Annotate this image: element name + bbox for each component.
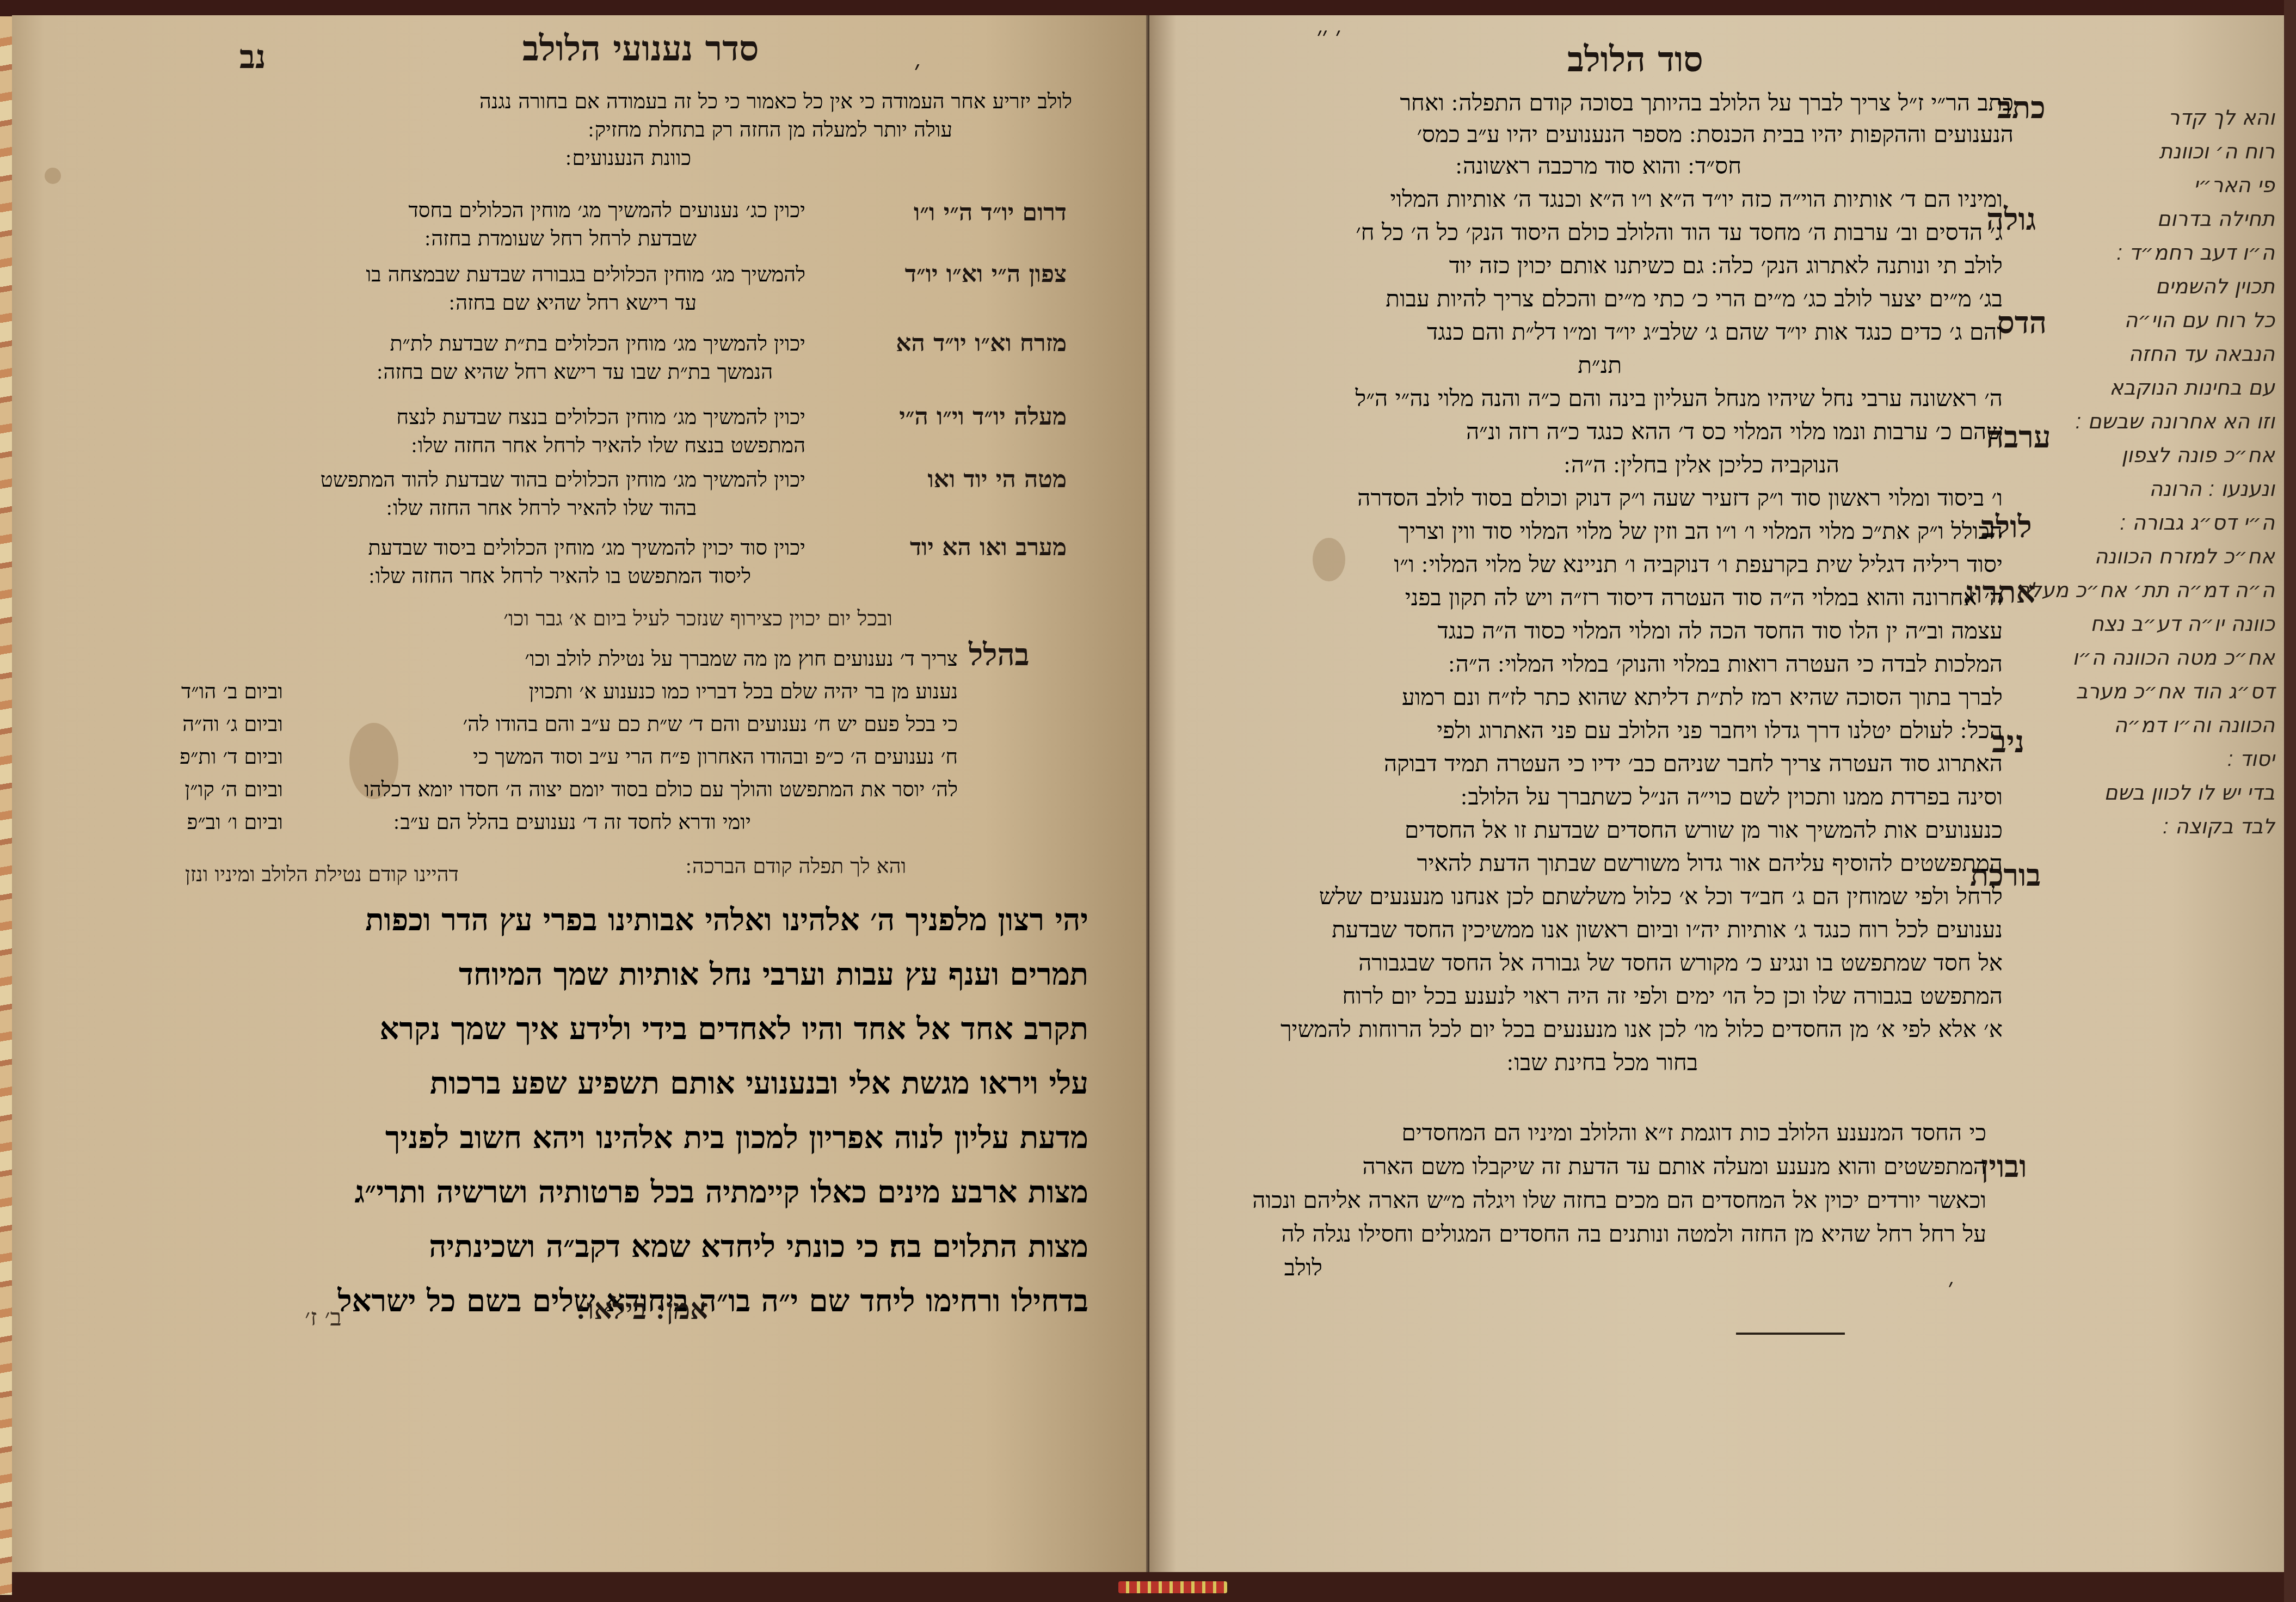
- closing-line: המתפשטים והוא מנענע ומעלה אותם עד הדעת ז…: [1181, 1150, 1986, 1183]
- note-line: כל רוח עם הוי״ה: [2068, 303, 2275, 337]
- direction-line: עד רישא רחל שהיא שם בחזה ׃: [180, 289, 805, 317]
- right-opening: כתב הר״י ז״ל צריך לברך על הלולב בהיותך ב…: [1197, 87, 2014, 182]
- hallel-line: כי בכל פעם יש ח׳ נענועים והם ד׳ ש״ת כם ע…: [239, 708, 958, 740]
- opening-line: הנענועים וההקפות יהיו בבית הכנסת ׃ מספר …: [1197, 119, 2014, 150]
- side-note: וביום ד׳ ות״פ: [163, 740, 283, 773]
- body-line: ה׳ אחרונה והוא במלוי ה״ה סוד העטרה דיסוד…: [1208, 581, 2003, 614]
- note-line: אח״כ פונה לצפון: [2068, 438, 2275, 472]
- hallel-side-notes: וביום ב׳ הו״ד וביום ג׳ וה״ה וביום ד׳ ות״…: [163, 675, 283, 838]
- body-line: יסוד ריליה דגליל שית בקרעפת ו׳ דנוקביה ו…: [1208, 548, 2003, 581]
- marbled-endpaper: [0, 16, 12, 1595]
- body-line: לרחל ולפי שמוחין הם ג׳ חב״ד וכל א׳ כלול …: [1208, 880, 2003, 913]
- margin-heading: ובוין: [1981, 1149, 2027, 1184]
- body-line: לברך בתוך הסוכה שהיא רמז לת״ת דליתא שהוא…: [1208, 680, 2003, 714]
- note-line: הכוונה וה״ו דמ״ה: [2068, 708, 2275, 742]
- body-line: המתפשטים להוסיף עליהם אור גדול משורשם שב…: [1208, 846, 2003, 880]
- prayer-line: עלי ויראו מגשת אלי ובנענועי אותם תשפיע ש…: [196, 1056, 1088, 1110]
- book-headband: [1118, 1581, 1227, 1593]
- body-line: תנ״ת: [1208, 348, 2003, 382]
- side-note: וביום ג׳ וה״ה: [163, 708, 283, 740]
- body-line: נענועים לכל רוח כנגד ג׳ אותיות יה״ו וביו…: [1208, 913, 2003, 946]
- body-line: וסינה בפרדת ממנו ותכוין לשם כוי״ה הנ״ל כ…: [1208, 780, 2003, 813]
- direction-label: דרום יו״ד ה״י ו״ו: [805, 199, 1067, 226]
- hallel-line: צריך ד׳ נענועים חוץ מן מה שמברך על נטילת…: [239, 642, 958, 675]
- hallel-heading: בהלל: [969, 637, 1030, 673]
- hallel-line: ח׳ נענועים ה׳ כ״פ ובהודו האחרון פ״ח הרי …: [239, 740, 958, 773]
- body-line: עצמה וב״ה ין הלו סוד החסד הכה לה ומלוי ה…: [1208, 614, 2003, 647]
- direction-line: ליסוד המתפשט בו להאיר לרחל אחר החזה שלו …: [180, 562, 805, 590]
- direction-label: מערב ואו הא יוד: [805, 533, 1067, 561]
- book-cover-right-edge: [2284, 0, 2296, 1602]
- prayer-intro: והא לך תפלה קודם הברכה ׃: [686, 852, 906, 880]
- direction-line: יכוין סוד יכוין להמשיך מג׳ מוחין הכלולים…: [180, 533, 805, 562]
- note-line: אח״כ מטה הכוונה ה״ו: [2068, 641, 2275, 674]
- note-line: בדי יש לו לכוון בשם: [2068, 776, 2275, 809]
- prayer-intro-cont: דהיינו קודם נטילת הלולב ומיניו ונזן: [185, 860, 459, 888]
- direction-text: להמשיך מג׳ מוחין הכלולים בגבורה שבדעת שב…: [180, 260, 805, 317]
- note-line: ונענעו ׃ הרונה: [2068, 472, 2275, 506]
- hallel-text: צריך ד׳ נענועים חוץ מן מה שמברך על נטילת…: [239, 642, 958, 838]
- opening-line: חס״ד ׃ והוא סוד מרכבה ראשונה ׃: [1197, 150, 2014, 182]
- direction-line: הנמשך בת״ת שבו עד רישא רחל שהיא שם בחזה …: [180, 358, 805, 386]
- left-top-mark: ׳: [914, 54, 920, 84]
- note-line: תכוין להשמים: [2068, 269, 2275, 303]
- direction-line: המתפשט בנצח שלו להאיר לרחל אחר החזה שלו …: [180, 431, 805, 459]
- closing-line: כי החסד המנענע הלולב כות דוגמת ז״א והלול…: [1181, 1116, 1986, 1150]
- body-line: המתפשט בגבורה שלו וכן כל הו׳ ימים ולפי ז…: [1208, 979, 2003, 1012]
- right-top-mark: ׳ ׳׳: [1317, 22, 1341, 49]
- note-line: ה״י דס״ג גבורה ׃: [2068, 506, 2275, 539]
- left-running-header: סדר נענועי הלולב: [522, 28, 759, 69]
- prayer-line: יהי רצון מלפניך ה׳ אלהינו ואלהי אבותינו …: [196, 893, 1088, 947]
- closing-line: על רחל רחל שהיא מן החזה ולמטה ונותנים בה…: [1181, 1217, 1986, 1251]
- prayer-line: מצות ארבע מינים כאלו קיימתיה בכל פרטותיה…: [196, 1165, 1088, 1219]
- direction-line: להמשיך מג׳ מוחין הכלולים בגבורה שבדעת שב…: [180, 260, 805, 289]
- note-line: רוח ה׳ וכוונת: [2068, 134, 2275, 168]
- note-line: פי האר״י: [2068, 168, 2275, 202]
- hallel-intro: ובכל יום יכוין כצירוף שנזכר לעיל ביום א׳…: [348, 604, 892, 633]
- margin-heading: הדס: [1997, 305, 2047, 341]
- note-line: לבד בקוצה ׃: [2068, 809, 2275, 843]
- right-closing: כי החסד המנענע הלולב כות דוגמת ז״א והלול…: [1181, 1116, 1986, 1285]
- direction-label: מזרח וא״ו יו״ד הא: [805, 329, 1067, 357]
- body-line: והם ג׳ כדים כנגד אות יו״ד שהם ג׳ שלב״ג י…: [1208, 315, 2003, 348]
- direction-text: יכוין כג׳ נענועים להמשיך מג׳ מוחין הכלול…: [180, 196, 805, 253]
- handwritten-margin-note: והא לך קדר רוח ה׳ וכוונת פי האר״י תחילה …: [2068, 101, 2275, 843]
- note-line: עם בחינות הנוקבא: [2068, 371, 2275, 404]
- side-note: וביום ו׳ וב״פ: [163, 806, 283, 838]
- right-running-header: סוד הלולב: [1567, 39, 1703, 80]
- closing-line: לולב: [1181, 1251, 1986, 1285]
- prayer-text: יהי רצון מלפניך ה׳ אלהינו ואלהי אבותינו …: [196, 893, 1088, 1328]
- left-intro: לולב יזריע אחר העמודה כי אין כל כאמור כי…: [180, 87, 1072, 172]
- intro-line: לולב יזריע אחר העמודה כי אין כל כאמור כי…: [180, 87, 1072, 115]
- direction-text: יכוין להמשיך מג׳ מוחין הכלולים בהוד שבדע…: [180, 465, 805, 522]
- note-line: וזו הא אחרונה שבשם ׃: [2068, 404, 2275, 438]
- body-line: אל חסד שמתפשט בו ונגיע כ׳ מקורש החסד של …: [1208, 946, 2003, 979]
- body-line: ג׳ הדסים וב׳ ערבות ה׳ מחסד עד הוד והלולב…: [1208, 216, 2003, 249]
- body-line: שהם כ׳ ערבות ונמו מלוי המלוי כס ד׳ ההא כ…: [1208, 415, 2003, 448]
- note-line: ה״ה דמ״ה תת׳ אח״כ מעלה: [2068, 573, 2275, 607]
- intro-line: עולה יותר למעלה מן החזה רק בתחלת מחזיק ׃: [180, 115, 1072, 144]
- direction-line: יכוין להמשיך מג׳ מוחין הכלולים בת״ת שבדע…: [180, 329, 805, 358]
- direction-line: יכוין כג׳ נענועים להמשיך מג׳ מוחין הכלול…: [180, 196, 805, 224]
- note-line: אח״כ למזרח הכוונה: [2068, 539, 2275, 573]
- hallel-line: נענוע מן בר יהיה שלם בכל דבריו כמו כנענו…: [239, 675, 958, 708]
- direction-line: יכוין להמשיך מג׳ מוחין הכלולים בהוד שבדע…: [180, 465, 805, 494]
- body-line: האתרוג סוד העטרה צריך לחבר שניהם כב׳ ידי…: [1208, 747, 2003, 780]
- ornament-rule: [1736, 1333, 1845, 1335]
- body-line: לולב תי ונותנה לאתרוג הנק׳ כלה ׃ גם כשית…: [1208, 249, 2003, 282]
- paper-stain: [45, 168, 61, 184]
- side-note: וביום ב׳ הו״ד: [163, 675, 283, 708]
- prayer-line: מצות התלוים בה׃ כי כונתי ליחדא שמא דקב״ה…: [196, 1219, 1088, 1274]
- note-line: תחילה בדרום: [2068, 202, 2275, 236]
- note-line: יסוד ׃: [2068, 742, 2275, 776]
- direction-text: יכוין להמשיך מג׳ מוחין הכלולים בנצח שבדע…: [180, 403, 805, 459]
- direction-label: צפון ה״י וא״ו יו״ד: [805, 260, 1067, 288]
- body-line: הכל ׃ לעולם יטלנו דרך גדלו ויחבר פני הלו…: [1208, 714, 2003, 747]
- body-line: הכולל ו״ק את״כ מלוי המלוי ו׳ ו״ו הב וזין…: [1208, 514, 2003, 548]
- opening-line: כתב הר״י ז״ל צריך לברך על הלולב בהיותך ב…: [1197, 87, 2014, 119]
- body-line: כנענועים אות להמשיך אור מן שורש החסדים ש…: [1208, 813, 2003, 846]
- prayer-line: תקרב אחד אל אחד והיו לאחדים בידי ולידע א…: [196, 1002, 1088, 1056]
- closing-amen: אמן ׃ בילאו ׃: [577, 1293, 709, 1326]
- body-line: א׳ אלא לפי א׳ מן החסדים כלול מו׳ לכן אנו…: [1208, 1012, 2003, 1046]
- intro-line: כוונת הנענועים ׃: [180, 144, 1072, 172]
- direction-line: בהוד שלו להאיר לרחל אחר החזה שלו ׃: [180, 494, 805, 522]
- left-page-number: נב: [239, 38, 266, 76]
- body-line: ה׳ ראשונה ערבי נחל שיהיו מנחל העליון בינ…: [1208, 382, 2003, 415]
- direction-label: מטה הי יוד ואו: [805, 465, 1067, 493]
- hallel-line: יומי ודרא לחסד זה ד׳ נענועים בהלל הם ע״ב…: [239, 806, 958, 838]
- direction-label: מעלה יו״ד וי״ו ה״י: [805, 403, 1067, 431]
- body-line: הנוקביה כליכן אלין בחלין ׃ ה״ה ׃: [1208, 448, 2003, 481]
- note-line: דס״ג הוד אח״כ מערב: [2068, 674, 2275, 708]
- direction-text: יכוין להמשיך מג׳ מוחין הכלולים בת״ת שבדע…: [180, 329, 805, 386]
- right-catchword: ׳: [1948, 1274, 1953, 1299]
- prayer-line: תמרים וענף עץ עבות וערבי נחל אותיות שמך …: [196, 947, 1088, 1002]
- note-line: והא לך קדר: [2068, 101, 2275, 134]
- prayer-line: מדעת עליון לנוה אפריון למכון בית אלהינו …: [196, 1110, 1088, 1165]
- side-note: וביום ה׳ קו״ן: [163, 773, 283, 806]
- note-line: ה״ו דעב רחמ״ד ׃: [2068, 236, 2275, 269]
- body-line: בחור מכל בחינת שבו ׃: [1208, 1046, 2003, 1079]
- body-line: ו׳ ביסוד ומלוי ראשון סוד ו״ק דזעיר שעה ו…: [1208, 481, 2003, 514]
- hallel-line: לה׳ יוסר את המתפשט והולך עם כולם בסוד יו…: [239, 773, 958, 806]
- body-line: המלכות לבדה כי העטרה רואות במלוי והנוק׳ …: [1208, 647, 2003, 680]
- direction-text: יכוין סוד יכוין להמשיך מג׳ מוחין הכלולים…: [180, 533, 805, 590]
- closing-line: וכאשר יורדים יכוין אל המחסדים הם מכים בח…: [1181, 1183, 1986, 1217]
- body-line: בג׳ מ״ים יצער לולב כג׳ מ״ים הרי כ׳ כתי מ…: [1208, 282, 2003, 315]
- note-line: הנבאה עד החזה: [2068, 337, 2275, 371]
- body-line: ומיניו הם ד׳ אותיות הוי״ה כזה יו״ד ה״א ו…: [1208, 182, 2003, 216]
- direction-line: שבדעת לרחל רחל שעומדת בחזה ׃: [180, 224, 805, 253]
- direction-line: יכוין להמשיך מג׳ מוחין הכלולים בנצח שבדע…: [180, 403, 805, 431]
- signature-mark: ב׳ ז׳: [305, 1304, 342, 1331]
- right-body: ומיניו הם ד׳ אותיות הוי״ה כזה יו״ד ה״א ו…: [1208, 182, 2003, 1079]
- note-line: כוונה יו״ה דע״ב נצח: [2068, 607, 2275, 641]
